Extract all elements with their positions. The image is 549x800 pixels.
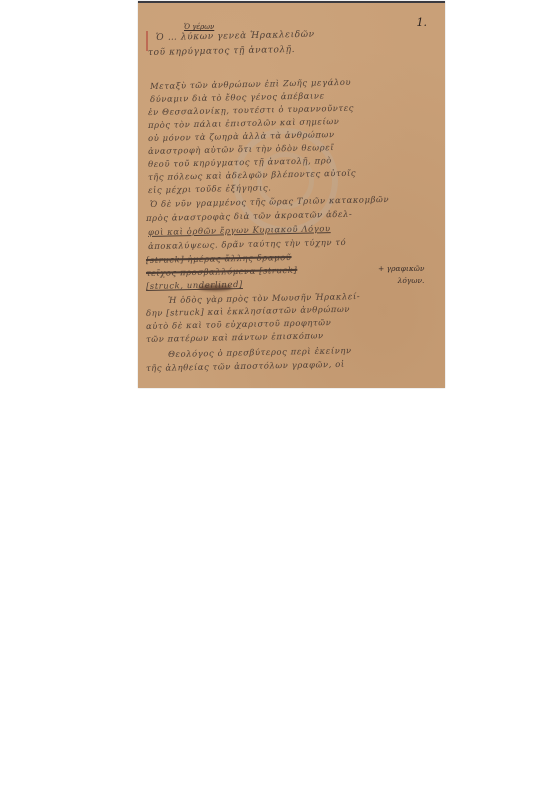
body-line-struck: τεῖχος προσβαλλόμενα [struck]	[146, 265, 298, 278]
body-line: φοὶ καὶ ὀρθῶν ἔργων Κυριακοῦ Λόγου	[148, 223, 331, 237]
body-line: πρὸς τὸν πάλαι ἐπιστολῶν καὶ σημείων	[148, 116, 340, 130]
page-number: 1.	[417, 16, 428, 29]
body-line: Ἡ ὁδὸς γὰρ πρὸς τὸν Μωυσῆν Ἠρακλεί-	[168, 291, 360, 305]
manuscript-page: 1. Ὁ γέρων Ὁ … λύκων γενεὰ Ἡρακλειδῶν το…	[138, 1, 445, 388]
body-line: Μεταξὺ τῶν ἀνθρώπων ἐπὶ Ζωῆς μεγάλου	[150, 77, 351, 91]
body-line: ἐν Θεσσαλονίκῃ, τουτέστι ὁ τυραννοῦντες	[148, 103, 354, 117]
body-line: δην [struck] καὶ ἐκκλησίαστῶν ἀνθρώπων	[146, 304, 350, 318]
body-line: τῆς ἀληθείας τῶν ἀποστόλων γραφῶν, οἱ	[146, 359, 345, 373]
title-line-2: τοῦ κηρύγματος τῇ ἀνατολῇ.	[148, 45, 295, 58]
margin-note-line-2: λόγων.	[378, 275, 424, 287]
body-line: τῶν πατέρων καὶ πάντων ἐπισκόπων	[146, 330, 324, 344]
body-line: πρὸς ἀναστροφὰς διὰ τῶν ἀκροατῶν ἀδελ-	[146, 209, 353, 223]
body-line: Θεολόγος ὁ πρεσβύτερος περὶ ἐκείνην	[168, 345, 352, 359]
body-line: δύναμιν διὰ τὸ ἔθος γένος ἀπέβαινε	[150, 90, 325, 104]
title-insertion: Ὁ γέρων	[184, 23, 214, 31]
margin-note-line-1: + γραφικῶν	[378, 263, 424, 275]
body-line: ἀποκαλύψεως. δρᾶν ταύτης τὴν τύχην τό	[148, 237, 346, 251]
ink-blot	[198, 285, 232, 291]
body-line-struck: [struck] ἡμέρας ἄλλης δραμοῦ	[146, 252, 292, 265]
body-line: αὐτὸ δὲ καὶ τοῦ εὐχαριστοῦ προφητῶν	[146, 317, 332, 331]
title-line-1: Ὁ … λύκων γενεὰ Ἡρακλειδῶν	[156, 30, 315, 43]
margin-note: + γραφικῶν λόγων.	[378, 263, 424, 287]
